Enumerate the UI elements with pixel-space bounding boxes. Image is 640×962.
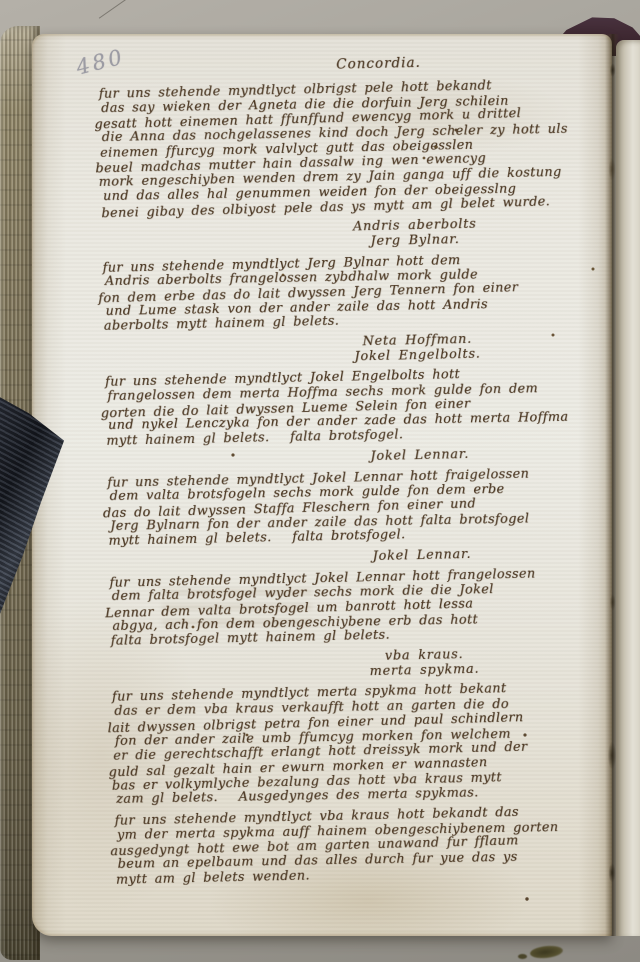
signature-block: Andris aberboltsJerg Bylnar.	[250, 216, 581, 253]
signature-block: Jokel Lennar.	[257, 545, 587, 567]
paragraph: fur uns stehende myndtlyct olbrigst pele…	[97, 77, 605, 220]
paragraph: fur uns stehende myndtlyct Jokel Engelbo…	[103, 365, 609, 449]
signature-line: Jokel Lennar.	[257, 545, 587, 567]
signature-line: Jokel Lennar.	[255, 445, 585, 467]
paragraph: fur uns stehende myndtlyct Jokel Lennar …	[107, 565, 613, 649]
signature-block: Neta Hoffman.Jokel Engelbolts.	[252, 330, 583, 367]
ink-blot	[529, 944, 563, 959]
background-scratch	[99, 0, 127, 19]
ink-blot-small	[518, 954, 527, 959]
signature-block: Jokel Lennar.	[255, 445, 585, 467]
facing-page-sliver	[616, 40, 640, 936]
paragraph: fur uns stehende myndtlyct Jokel Lennar …	[105, 465, 611, 549]
manuscript-photo: 480 Concordia. fur uns stehende myndtlyc…	[0, 0, 640, 962]
signature-block: vba kraus.merta spykma.	[259, 645, 590, 682]
paragraph: fur uns stehende myndtlyct vba kraus hot…	[113, 804, 619, 888]
paragraph: fur uns stehende myndtlyct Jerg Bylnar h…	[100, 250, 606, 334]
manuscript-text: Concordia. fur uns stehende myndtlyct ol…	[96, 47, 619, 894]
paragraph: fur uns stehende myndtlyct merta spykma …	[110, 680, 617, 808]
page-heading: Concordia.	[336, 51, 601, 73]
foxing-specks	[32, 34, 34, 36]
